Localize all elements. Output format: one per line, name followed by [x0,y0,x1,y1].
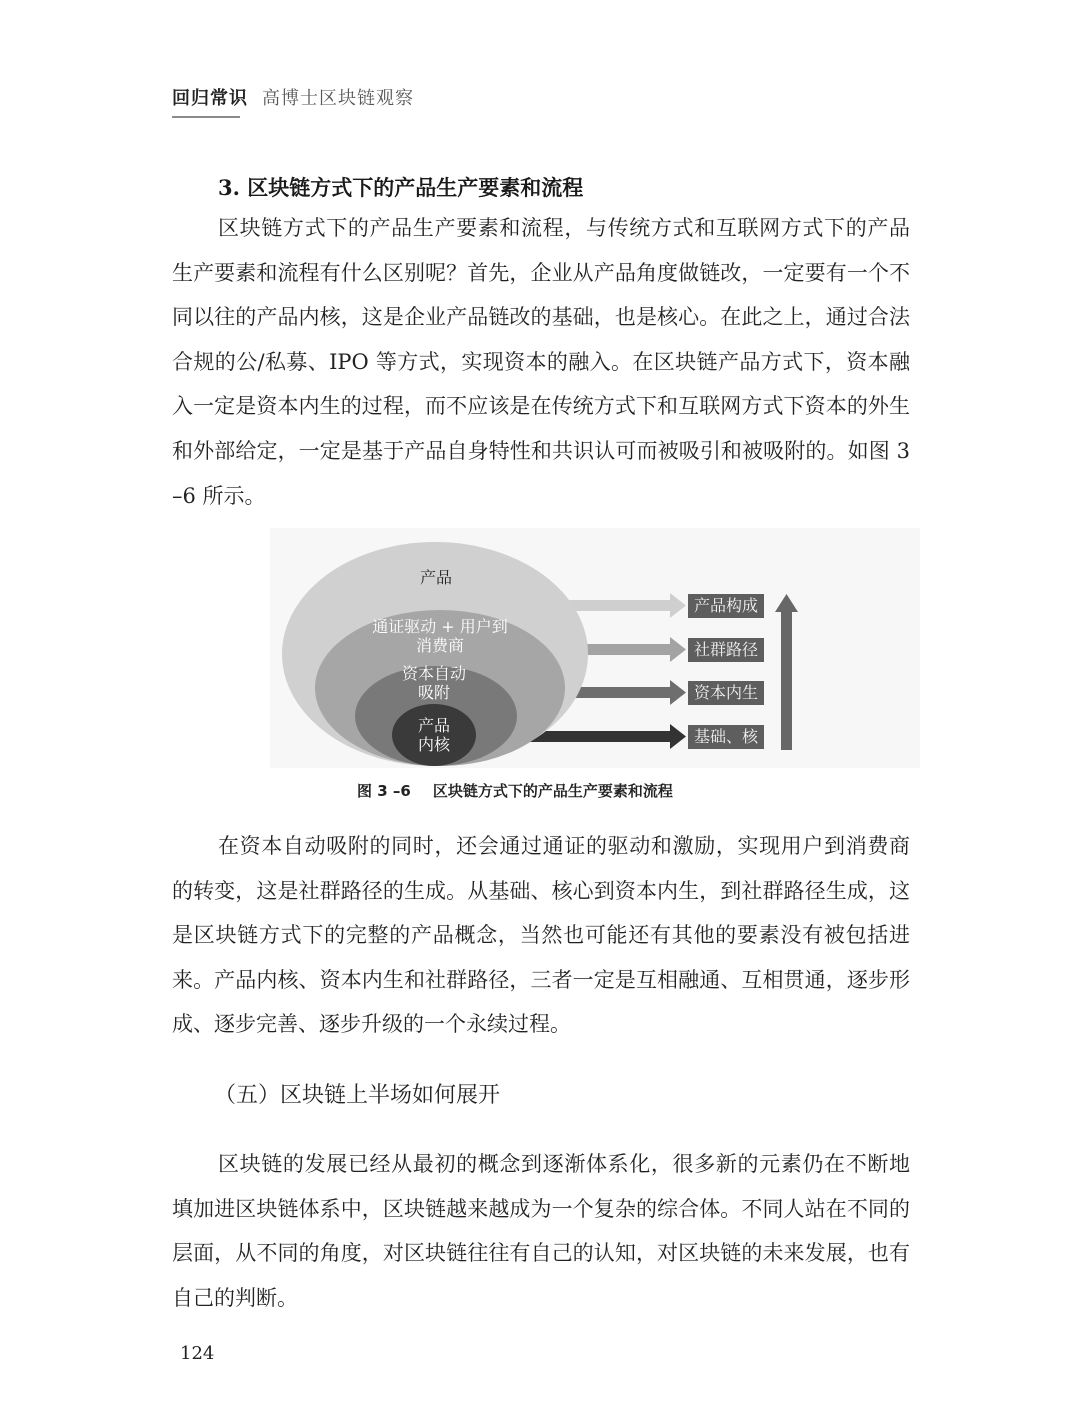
layer-label-token-driven: 通证驱动 + 用户到 消费商 [350,617,530,655]
figure-3-6: 产品 通证驱动 + 用户到 消费商 资本自动 吸附 产品 内核 产品构成 社群路… [270,528,920,768]
subsection-title: （五）区块链上半场如何展开 [214,1078,500,1109]
output-box-community-path: 社群路径 [688,638,764,662]
section-title: 3. 区块链方式下的产品生产要素和流程 [218,172,583,202]
running-head: 回归常识高博士区块链观察 [172,84,414,110]
book-subtitle: 高博士区块链观察 [262,88,414,109]
figure-caption-text: 区块链方式下的产品生产要素和流程 [433,782,673,800]
header-rule [172,116,240,118]
figure-number: 图 3 –6 [357,782,411,800]
page-number: 124 [180,1343,214,1364]
layer-label-product-core: 产品 内核 [404,716,464,754]
output-box-foundation-core: 基础、核 [688,725,764,749]
paragraph-1: 区块链方式下的产品生产要素和流程，与传统方式和互联网方式下的产品生产要素和流程有… [172,206,910,518]
output-box-product-composition: 产品构成 [688,594,764,618]
paragraph-3: 区块链的发展已经从最初的概念到逐渐体系化，很多新的元素仍在不断地填加进区块链体系… [172,1142,910,1320]
book-title: 回归常识 [172,88,248,109]
figure-caption: 图 3 –6区块链方式下的产品生产要素和流程 [357,780,673,801]
output-box-capital-endogenous: 资本内生 [688,681,764,705]
layer-label-capital-attraction: 资本自动 吸附 [384,664,484,702]
layer-label-product: 产品 [396,568,476,587]
paragraph-2: 在资本自动吸附的同时，还会通过通证的驱动和激励，实现用户到消费商的转变，这是社群… [172,824,910,1047]
